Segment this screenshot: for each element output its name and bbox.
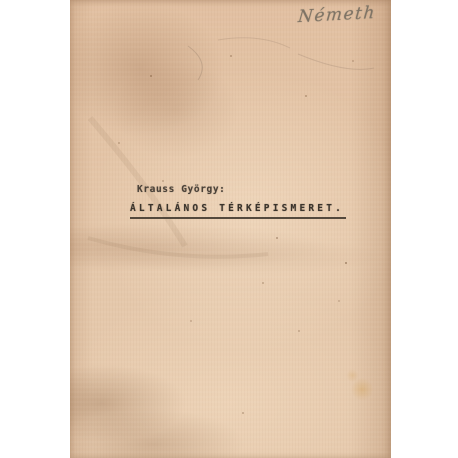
scanned-page: Németh Krauss György: ÁLTALÁNOS TÉRKÉPIS… — [70, 0, 391, 458]
scan-background: Németh Krauss György: ÁLTALÁNOS TÉRKÉPIS… — [0, 0, 458, 458]
paper-specks — [70, 0, 72, 2]
handwritten-signature: Németh — [297, 3, 377, 27]
paper-scratches — [70, 0, 391, 458]
title-line: ÁLTALÁNOS TÉRKÉPISMERET. — [130, 203, 346, 219]
author-line: Krauss György: — [137, 184, 225, 195]
